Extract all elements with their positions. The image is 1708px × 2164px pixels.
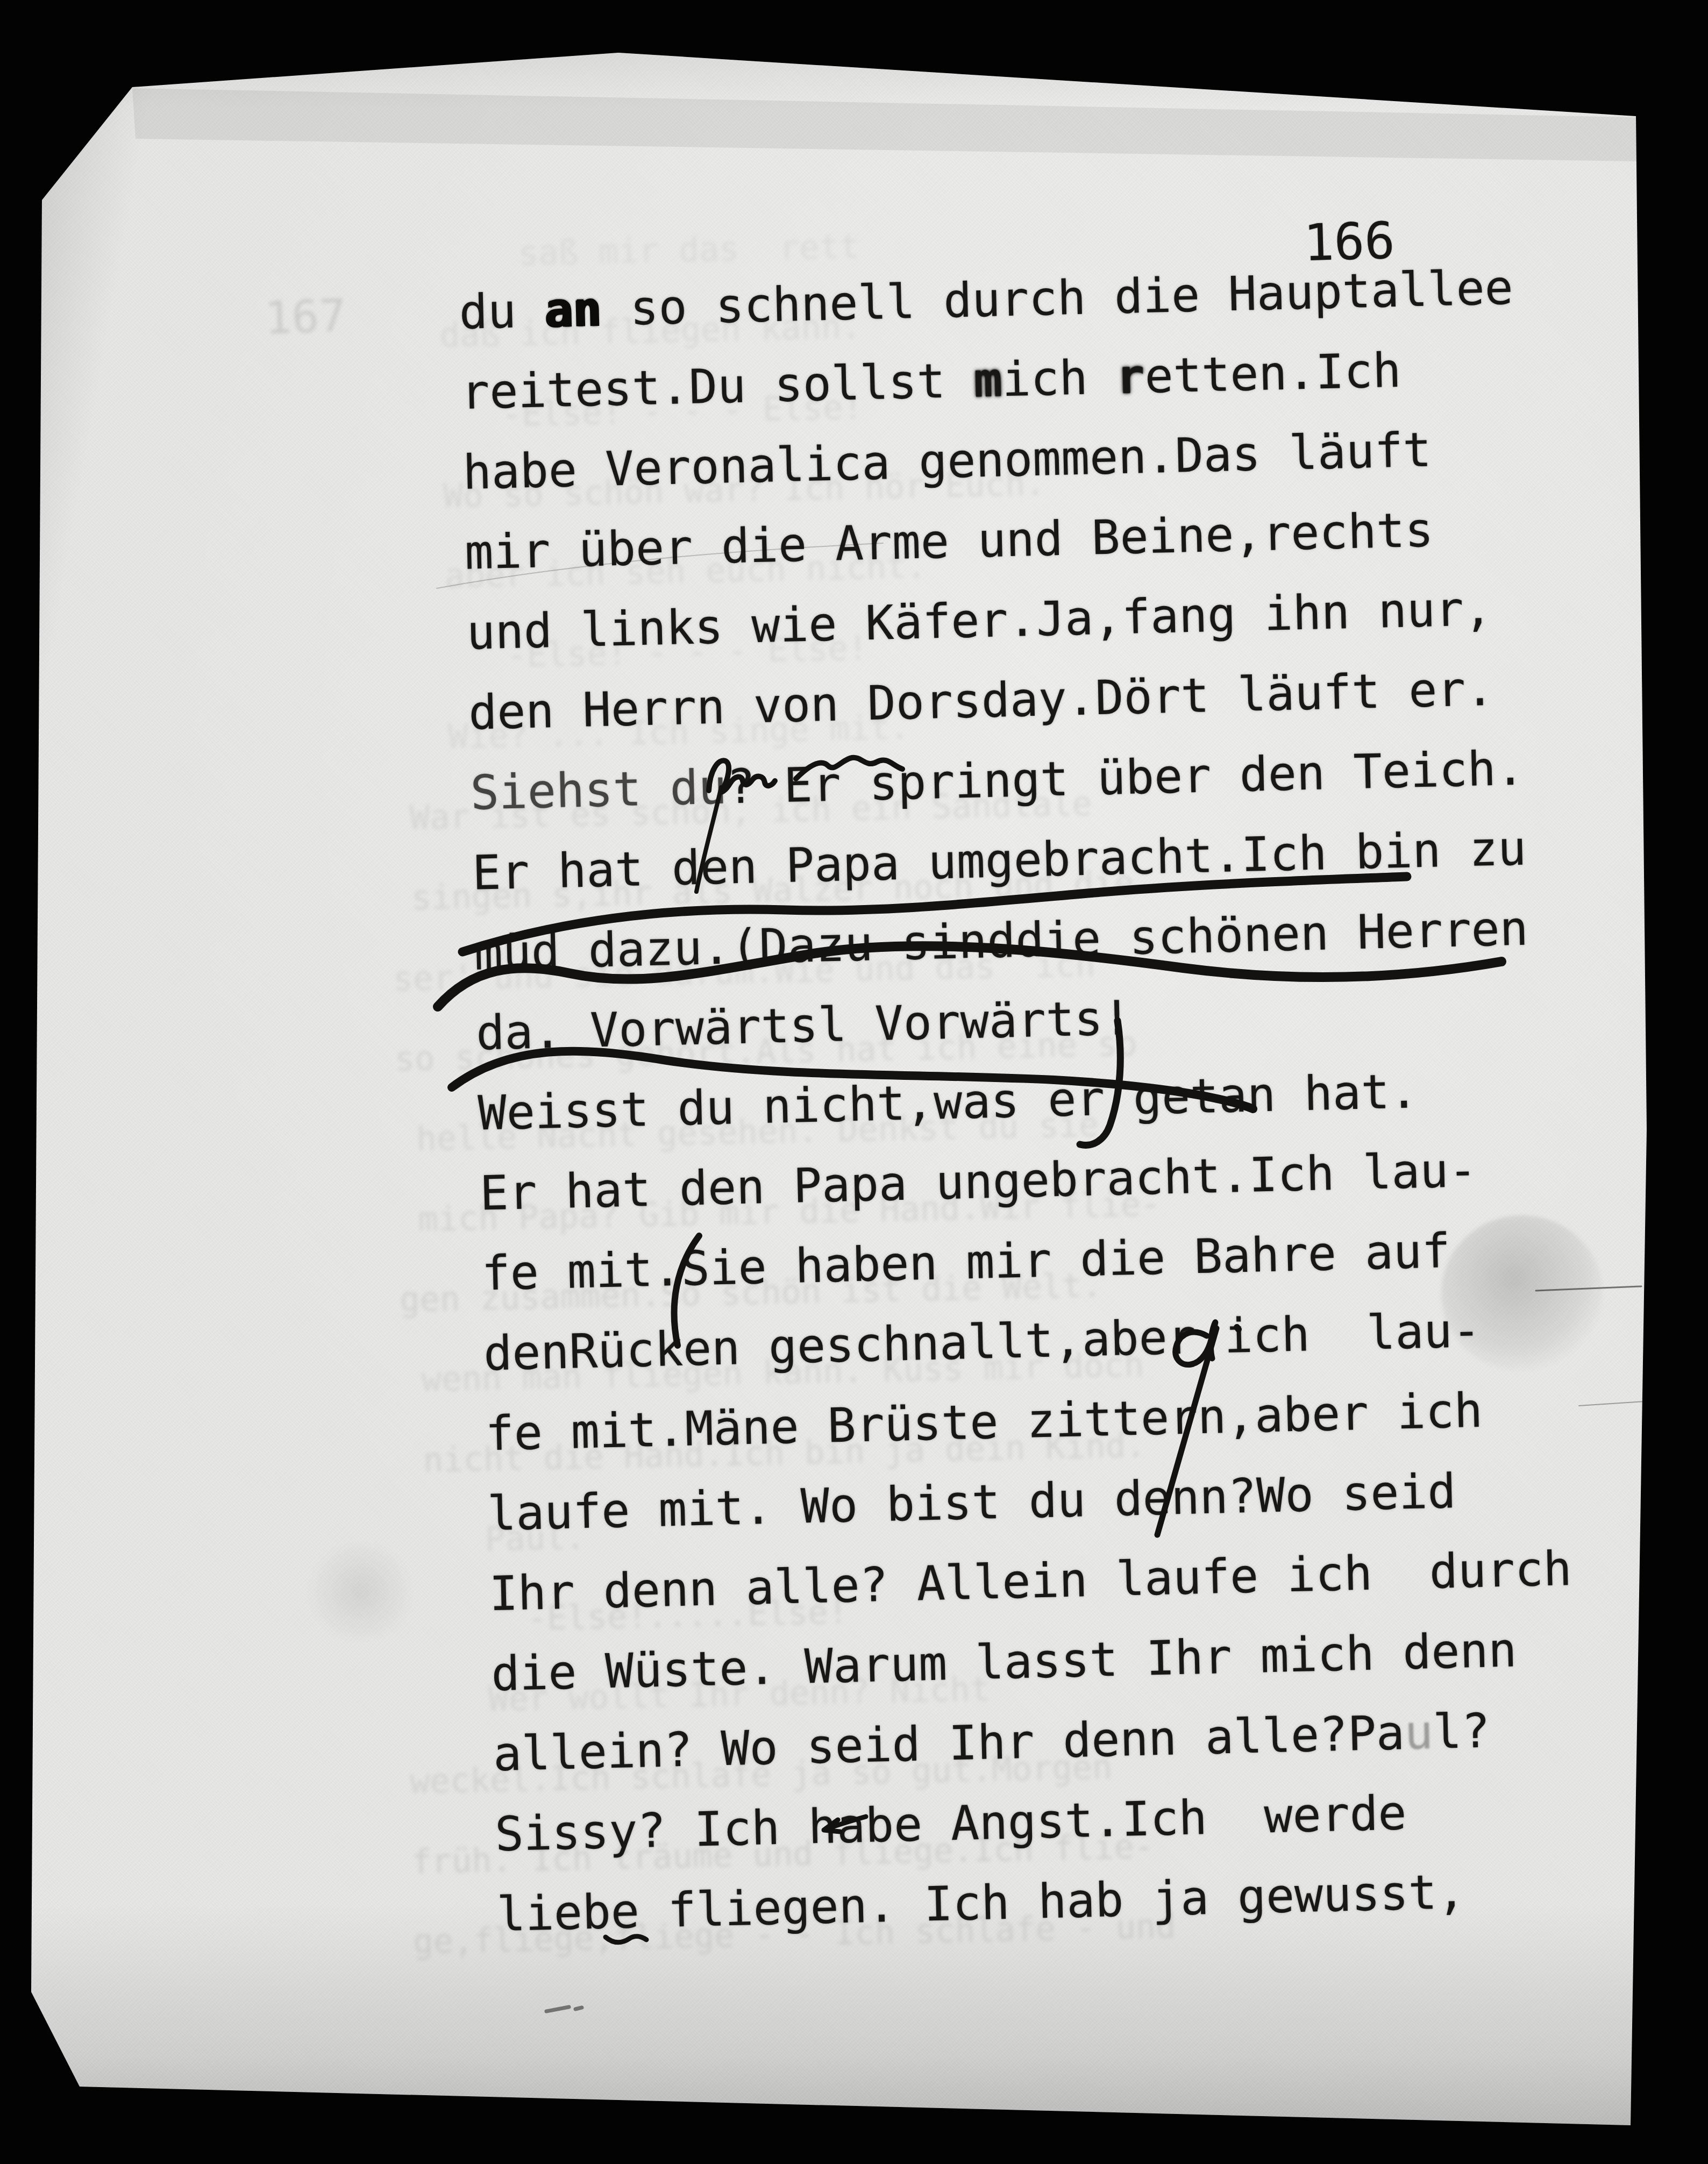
strikethrough-line-10 (452, 1051, 1253, 1109)
handwriting-overlay (0, 0, 1708, 2164)
scratch-line-1 (1536, 1286, 1641, 1291)
caret-line-20 (824, 1817, 866, 1832)
scratch-line-3 (437, 543, 883, 588)
insertion-slash-line-7 (696, 787, 721, 892)
insertion-word-line-7-squiggle (796, 758, 902, 779)
scratch-line-2 (1579, 1401, 1645, 1406)
insertion-letter-line-14-dot (1237, 1327, 1239, 1329)
strikethrough-line-9 (438, 946, 1501, 1007)
pencil-dash-below-line-21 (546, 2007, 582, 2011)
squiggle-line-21 (606, 1937, 646, 1942)
insertion-slash-line-14 (1157, 1328, 1216, 1535)
insertion-paren-line-13 (674, 1236, 699, 1346)
scanned-manuscript-page: saß mir das rett daß ich fliegen kann. -… (0, 0, 1708, 2164)
insertion-word-line-7 (709, 760, 775, 792)
strikethrough-line-8 (462, 877, 1407, 952)
